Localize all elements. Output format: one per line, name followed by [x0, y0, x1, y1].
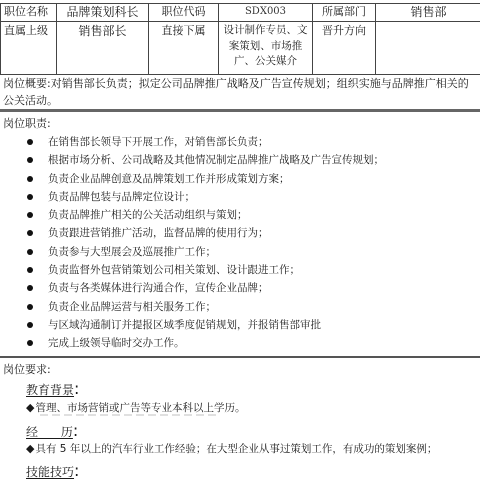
bullet-icon [27, 230, 33, 236]
bullet-icon [27, 139, 33, 145]
list-item: 负责跟进营销推广活动，监督品牌的使用行为； [0, 224, 480, 242]
requirements-title: 岗位要求: [3, 361, 51, 377]
bullet-icon [27, 176, 33, 182]
list-item: 负责监督外包营销策划公司相关策划、设计跟进工作； [0, 261, 480, 279]
faded-text-artifact [40, 414, 220, 416]
list-item: 负责品牌推广相关的公关活动组织与策划； [0, 206, 480, 224]
duties-title: 岗位职责: [3, 115, 51, 131]
experience-requirement: ◆具有 5 年以上的汽车行业工作经验；在大型企业从事过策划工作，有成功的策划案例… [26, 441, 476, 456]
bullet-icon [27, 249, 33, 255]
value-subordinates: 设计制作专员、文案策划、市场推广、公关媒介 [219, 22, 313, 75]
list-item: 与区域沟通制订并提报区域季度促销规划，并报销售部审批 [0, 316, 480, 334]
value-position-code: SDX003 [219, 4, 313, 22]
list-item: 负责企业品牌创意及品牌策划工作并形成策划方案； [0, 170, 480, 188]
bullet-icon [27, 304, 33, 310]
bullet-icon [27, 322, 33, 328]
label-department: 所属部门 [313, 4, 376, 22]
position-overview: 岗位概要:对销售部长负责；拟定公司品牌推广战略及广告宣传规划；组织实施与品牌推广… [3, 75, 477, 109]
list-item: 根据市场分析、公司战略及其他情况制定品牌推广战略及广告宣传规划； [0, 151, 480, 169]
bullet-icon [27, 194, 33, 200]
value-department: 销售部 [376, 4, 480, 22]
info-row-1: 职位名称 品牌策划科长 职位代码 SDX003 所属部门 销售部 [1, 4, 480, 22]
info-row-2: 直属上级 销售部长 直接下属 设计制作专员、文案策划、市场推广、公关媒介 晋升方… [1, 22, 480, 75]
diamond-bullet-icon: ◆ [26, 442, 34, 455]
value-superior: 销售部长 [57, 22, 149, 75]
list-item: 负责品牌包装与品牌定位设计； [0, 188, 480, 206]
bullet-icon [27, 340, 33, 346]
bullet-icon [27, 212, 33, 218]
bullet-icon [27, 157, 33, 163]
list-item: 负责参与大型展会及巡展推广工作； [0, 243, 480, 261]
bullet-icon [27, 285, 33, 291]
education-requirement: ◆管理、市场营销或广告等专业本科以上学历。 [26, 400, 476, 415]
diamond-bullet-icon: ◆ [26, 401, 34, 414]
list-item: 在销售部长领导下开展工作，对销售部长负责； [0, 133, 480, 151]
list-item: 完成上级领导临时交办工作。 [0, 334, 480, 352]
job-description-document: 职位名称 品牌策划科长 职位代码 SDX003 所属部门 销售部 直属上级 销售… [0, 0, 480, 480]
education-heading: 教育背景: [26, 379, 476, 398]
list-item: 负责企业品牌运营与相关服务工作； [0, 298, 480, 316]
section-divider [0, 109, 480, 112]
label-subordinates: 直接下属 [149, 22, 219, 75]
experience-heading: 经 历: [26, 421, 476, 440]
value-position-name: 品牌策划科长 [57, 4, 149, 22]
label-position-name: 职位名称 [1, 4, 57, 22]
label-superior: 直属上级 [1, 22, 57, 75]
skills-heading: 技能技巧: [26, 461, 476, 480]
label-promotion: 晋升方向 [313, 22, 376, 75]
bullet-icon [27, 267, 33, 273]
value-promotion [376, 22, 480, 75]
duties-list: 在销售部长领导下开展工作，对销售部长负责； 根据市场分析、公司战略及其他情况制定… [0, 133, 480, 353]
section-divider [0, 356, 480, 358]
label-position-code: 职位代码 [149, 4, 219, 22]
list-item: 负责与各类媒体进行沟通合作，宣传企业品牌； [0, 279, 480, 297]
position-info-table: 职位名称 品牌策划科长 职位代码 SDX003 所属部门 销售部 直属上级 销售… [0, 3, 480, 75]
